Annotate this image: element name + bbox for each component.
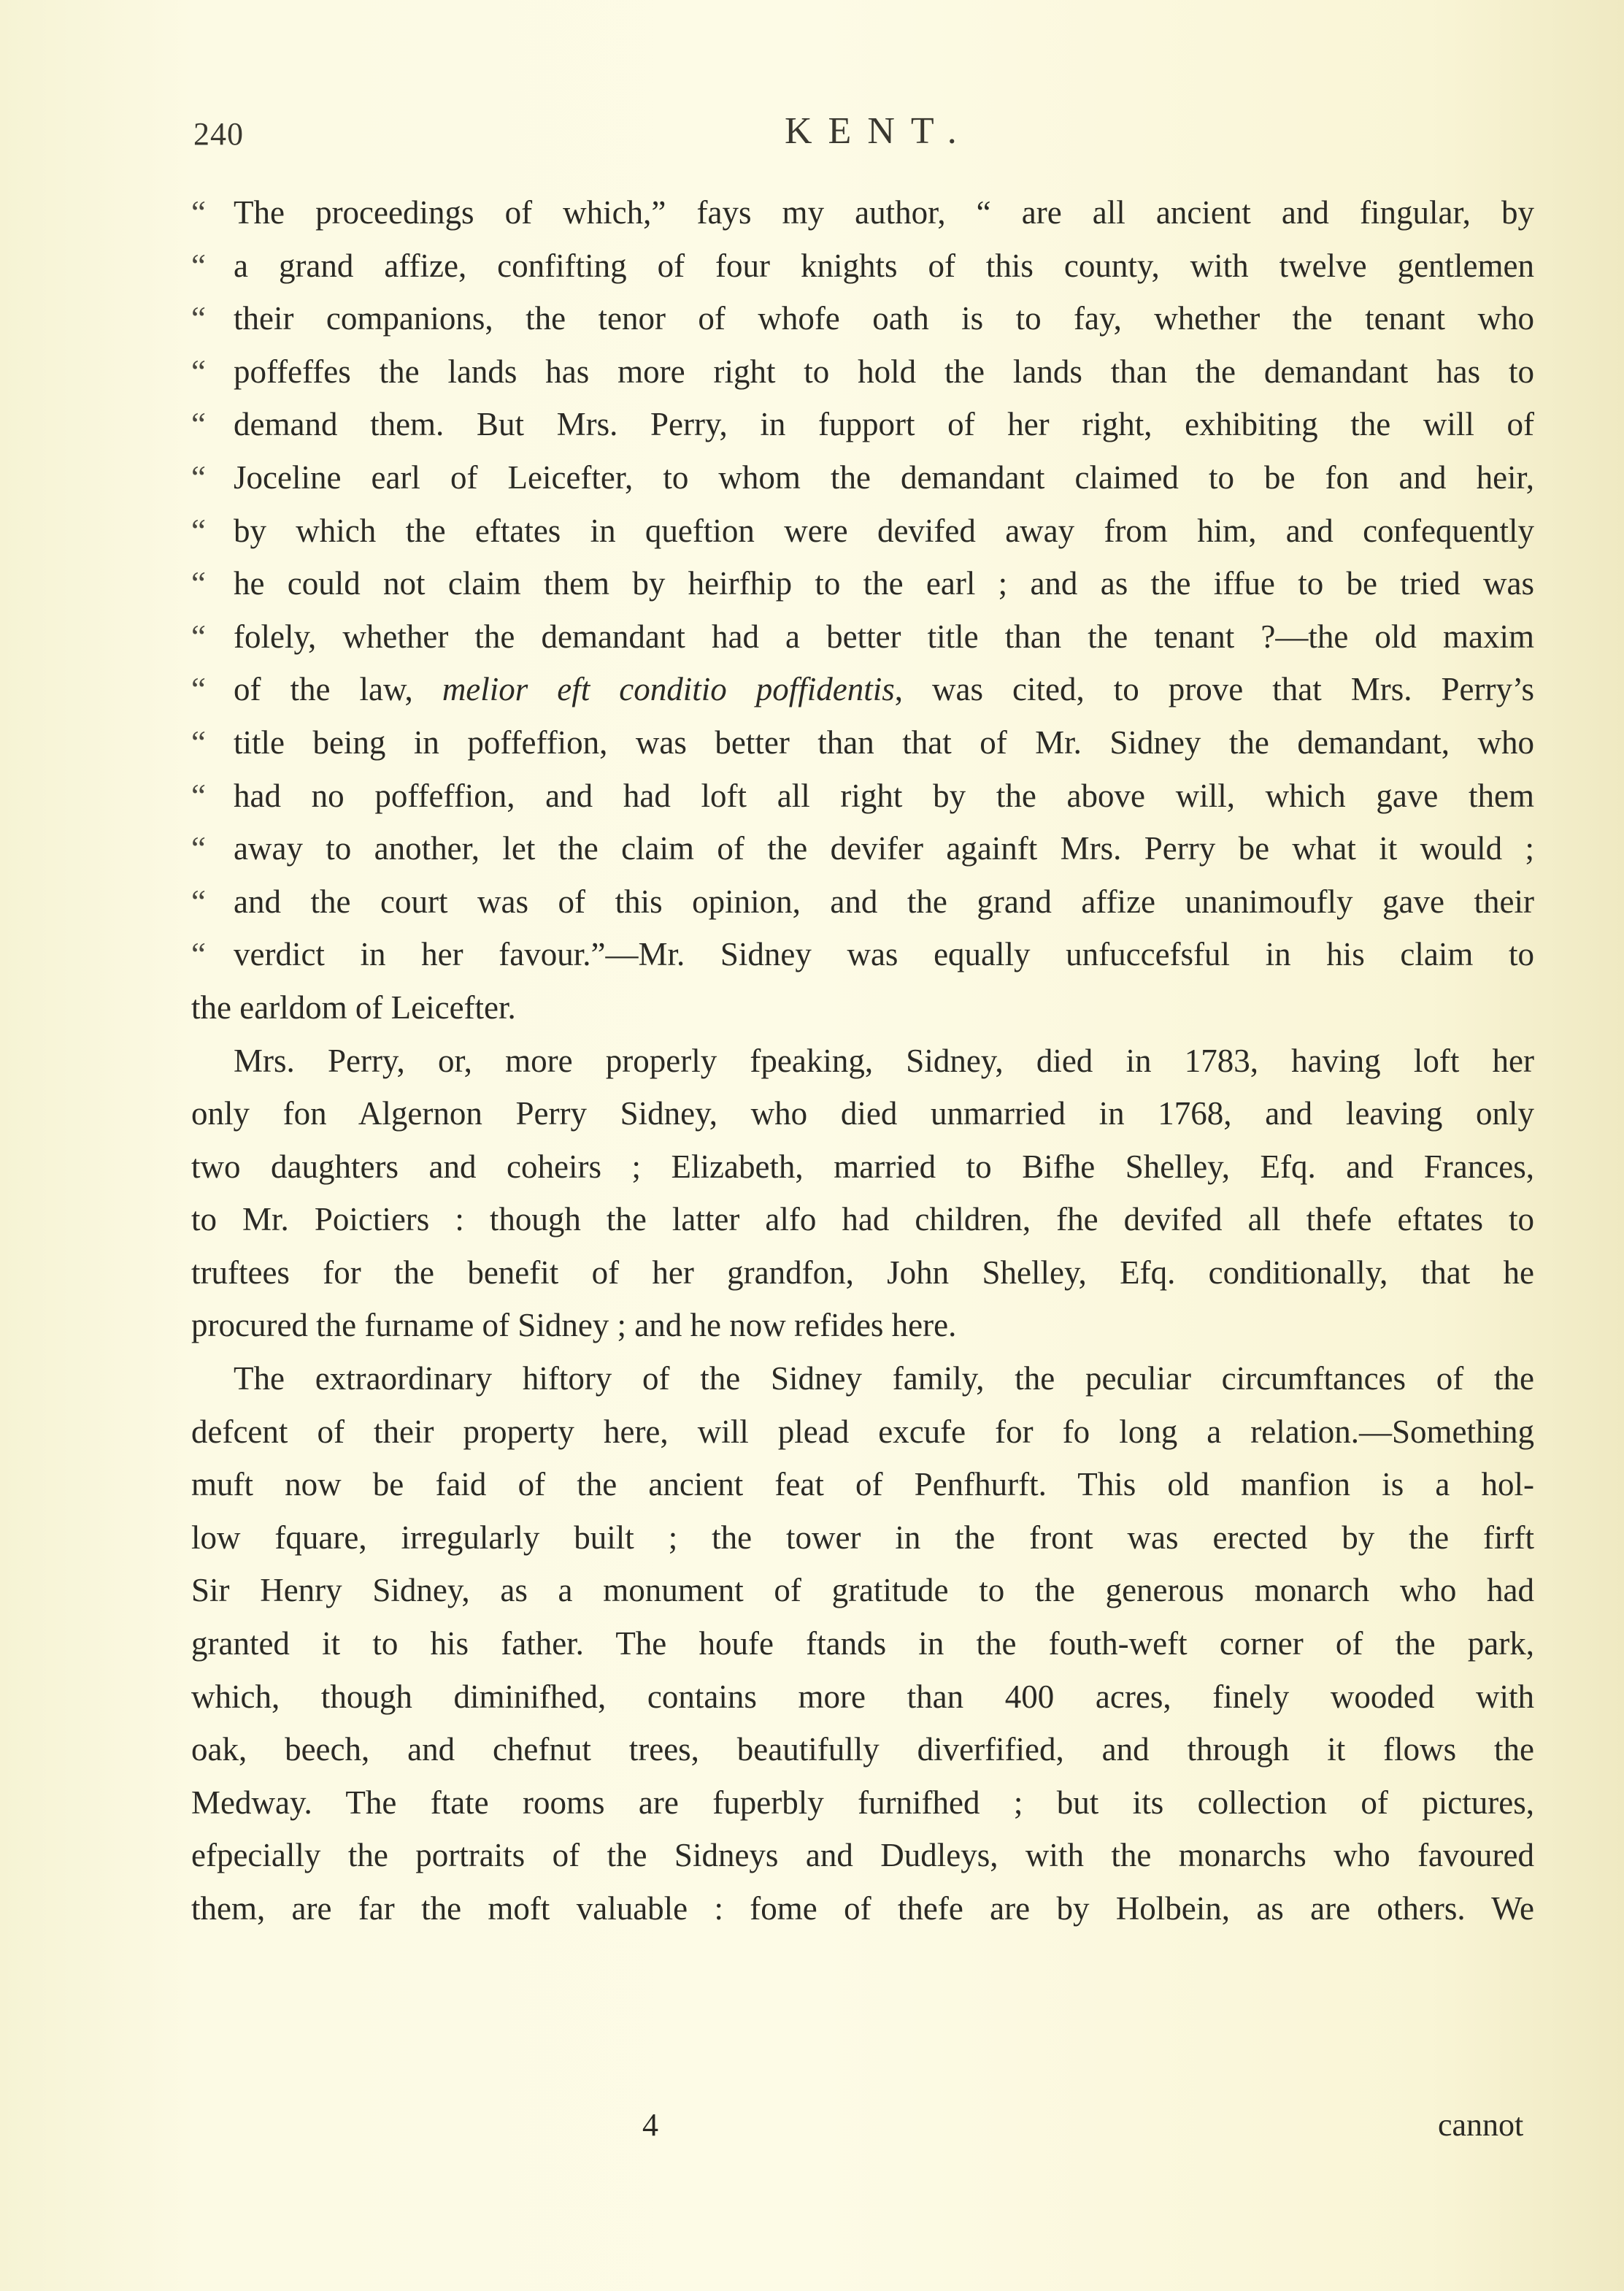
quote-mark: “	[191, 928, 234, 981]
catchword: cannot	[1438, 2106, 1523, 2144]
quote-mark: “	[191, 451, 234, 504]
text-line: “verdict in her favour.”—Mr. Sidney was …	[191, 928, 1534, 981]
page-footer: 4 cannot	[0, 2106, 1624, 2150]
text-line: “he could not claim them by heirfhip to …	[191, 557, 1534, 610]
latin-maxim: melior eft conditio poffidentis	[442, 671, 895, 707]
text-line: efpecially the portraits of the Sidneys …	[191, 1829, 1534, 1882]
text-line: two daughters and coheirs ; Elizabeth, m…	[191, 1140, 1534, 1194]
line-text: efpecially the portraits of the Sidneys …	[191, 1837, 1534, 1873]
quote-mark: “	[191, 875, 234, 929]
line-text: granted it to his father. The houfe ftan…	[191, 1625, 1534, 1662]
text-line: oak, beech, and chefnut trees, beautiful…	[191, 1723, 1534, 1776]
line-text: them, are far the moft valuable : fome o…	[191, 1890, 1534, 1927]
line-text: had no poffeffion, and had loft all righ…	[234, 778, 1534, 814]
text-line: “and the court was of this opinion, and …	[191, 875, 1534, 929]
text-line: low fquare, irregularly built ; the towe…	[191, 1511, 1534, 1565]
quote-mark: “	[191, 398, 234, 451]
line-text: a grand affize, confifting of four knigh…	[234, 247, 1534, 284]
line-text: by which the eftates in queftion were de…	[234, 513, 1534, 549]
line-text: away to another, let the claim of the de…	[234, 830, 1534, 867]
text-line: “a grand affize, confifting of four knig…	[191, 239, 1534, 293]
line-text: defcent of their property here, will ple…	[191, 1413, 1534, 1450]
text-line: the earldom of Leicefter.	[191, 981, 1534, 1035]
text-line: “demand them. But Mrs. Perry, in fupport…	[191, 398, 1534, 451]
line-text: title being in poffeffion, was better th…	[234, 724, 1534, 761]
text-line: Sir Henry Sidney, as a monument of grati…	[191, 1564, 1534, 1617]
text-line: Medway. The ftate rooms are fuperbly fur…	[191, 1776, 1534, 1830]
quote-mark: “	[191, 504, 234, 558]
text-line: “their companions, the tenor of whofe oa…	[191, 292, 1534, 345]
text-line: procured the furname of Sidney ; and he …	[191, 1299, 1534, 1352]
line-text: of the law,	[234, 671, 442, 707]
text-line: “title being in poffeffion, was better t…	[191, 716, 1534, 770]
quote-mark: “	[191, 292, 234, 345]
line-text: Mrs. Perry, or, more properly fpeaking, …	[234, 1043, 1534, 1079]
quote-mark: “	[191, 557, 234, 610]
quote-mark: “	[191, 345, 234, 399]
line-text: two daughters and coheirs ; Elizabeth, m…	[191, 1148, 1534, 1185]
text-line: muft now be faid of the ancient feat of …	[191, 1458, 1534, 1511]
line-text: The extraordinary hiftory of the Sidney …	[234, 1360, 1534, 1397]
quote-mark: “	[191, 186, 234, 239]
line-text: which, though diminifhed, contains more …	[191, 1678, 1534, 1715]
text-line: “had no poffeffion, and had loft all rig…	[191, 770, 1534, 823]
line-text: Medway. The ftate rooms are fuperbly fur…	[191, 1784, 1534, 1821]
text-line: “The proceedings of which,” fays my auth…	[191, 186, 1534, 239]
text-line: “by which the eftates in queftion were d…	[191, 504, 1534, 558]
line-text: the earldom of Leicefter.	[191, 989, 516, 1026]
line-text: Joceline earl of Leicefter, to whom the …	[234, 459, 1534, 496]
text-line: defcent of their property here, will ple…	[191, 1405, 1534, 1459]
quote-mark: “	[191, 610, 234, 664]
line-text: , was cited, to prove that Mrs. Perry’s	[895, 671, 1534, 707]
text-line: “folely, whether the demandant had a bet…	[191, 610, 1534, 664]
text-line: “Joceline earl of Leicefter, to whom the…	[191, 451, 1534, 504]
line-text: only fon Algernon Perry Sidney, who died…	[191, 1095, 1534, 1132]
line-text: The proceedings of which,” fays my autho…	[234, 194, 1534, 231]
line-text: verdict in her favour.”—Mr. Sidney was e…	[234, 936, 1534, 972]
text-line: them, are far the moft valuable : fome o…	[191, 1882, 1534, 1935]
text-line: which, though diminifhed, contains more …	[191, 1670, 1534, 1724]
text-line: Mrs. Perry, or, more properly fpeaking, …	[191, 1035, 1534, 1088]
line-text: poffeffes the lands has more right to ho…	[234, 353, 1534, 390]
line-text: he could not claim them by heirfhip to t…	[234, 565, 1534, 602]
line-text: to Mr. Poictiers : though the latter alf…	[191, 1201, 1534, 1237]
line-text: oak, beech, and chefnut trees, beautiful…	[191, 1731, 1534, 1768]
text-line: “poffeffes the lands has more right to h…	[191, 345, 1534, 399]
text-line: The extraordinary hiftory of the Sidney …	[191, 1352, 1534, 1405]
quote-mark: “	[191, 770, 234, 823]
line-text: Sir Henry Sidney, as a monument of grati…	[191, 1572, 1534, 1608]
running-title: KENT.	[785, 110, 973, 153]
line-text: low fquare, irregularly built ; the towe…	[191, 1519, 1534, 1556]
line-text: folely, whether the demandant had a bett…	[234, 618, 1534, 655]
book-page: 240 KENT. “The proceedings of which,” fa…	[0, 0, 1624, 2291]
text-line: “away to another, let the claim of the d…	[191, 822, 1534, 875]
text-line: “of the law, melior eft conditio poffide…	[191, 663, 1534, 716]
quote-mark: “	[191, 663, 234, 716]
line-text: truftees for the benefit of her grandfon…	[191, 1254, 1534, 1291]
quote-mark: “	[191, 239, 234, 293]
line-text: their companions, the tenor of whofe oat…	[234, 300, 1534, 337]
line-text: demand them. But Mrs. Perry, in fupport …	[234, 406, 1534, 442]
text-line: truftees for the benefit of her grandfon…	[191, 1246, 1534, 1300]
body-text: “The proceedings of which,” fays my auth…	[191, 186, 1534, 1935]
text-line: only fon Algernon Perry Sidney, who died…	[191, 1087, 1534, 1140]
text-line: to Mr. Poictiers : though the latter alf…	[191, 1193, 1534, 1246]
quote-mark: “	[191, 822, 234, 875]
line-text: procured the furname of Sidney ; and he …	[191, 1307, 956, 1343]
line-text: and the court was of this opinion, and t…	[234, 883, 1534, 920]
text-line: granted it to his father. The houfe ftan…	[191, 1617, 1534, 1670]
running-head: 240 KENT.	[0, 110, 1624, 153]
quote-mark: “	[191, 716, 234, 770]
page-number: 240	[193, 115, 244, 153]
line-text: muft now be faid of the ancient feat of …	[191, 1466, 1534, 1503]
signature-mark: 4	[642, 2106, 658, 2144]
